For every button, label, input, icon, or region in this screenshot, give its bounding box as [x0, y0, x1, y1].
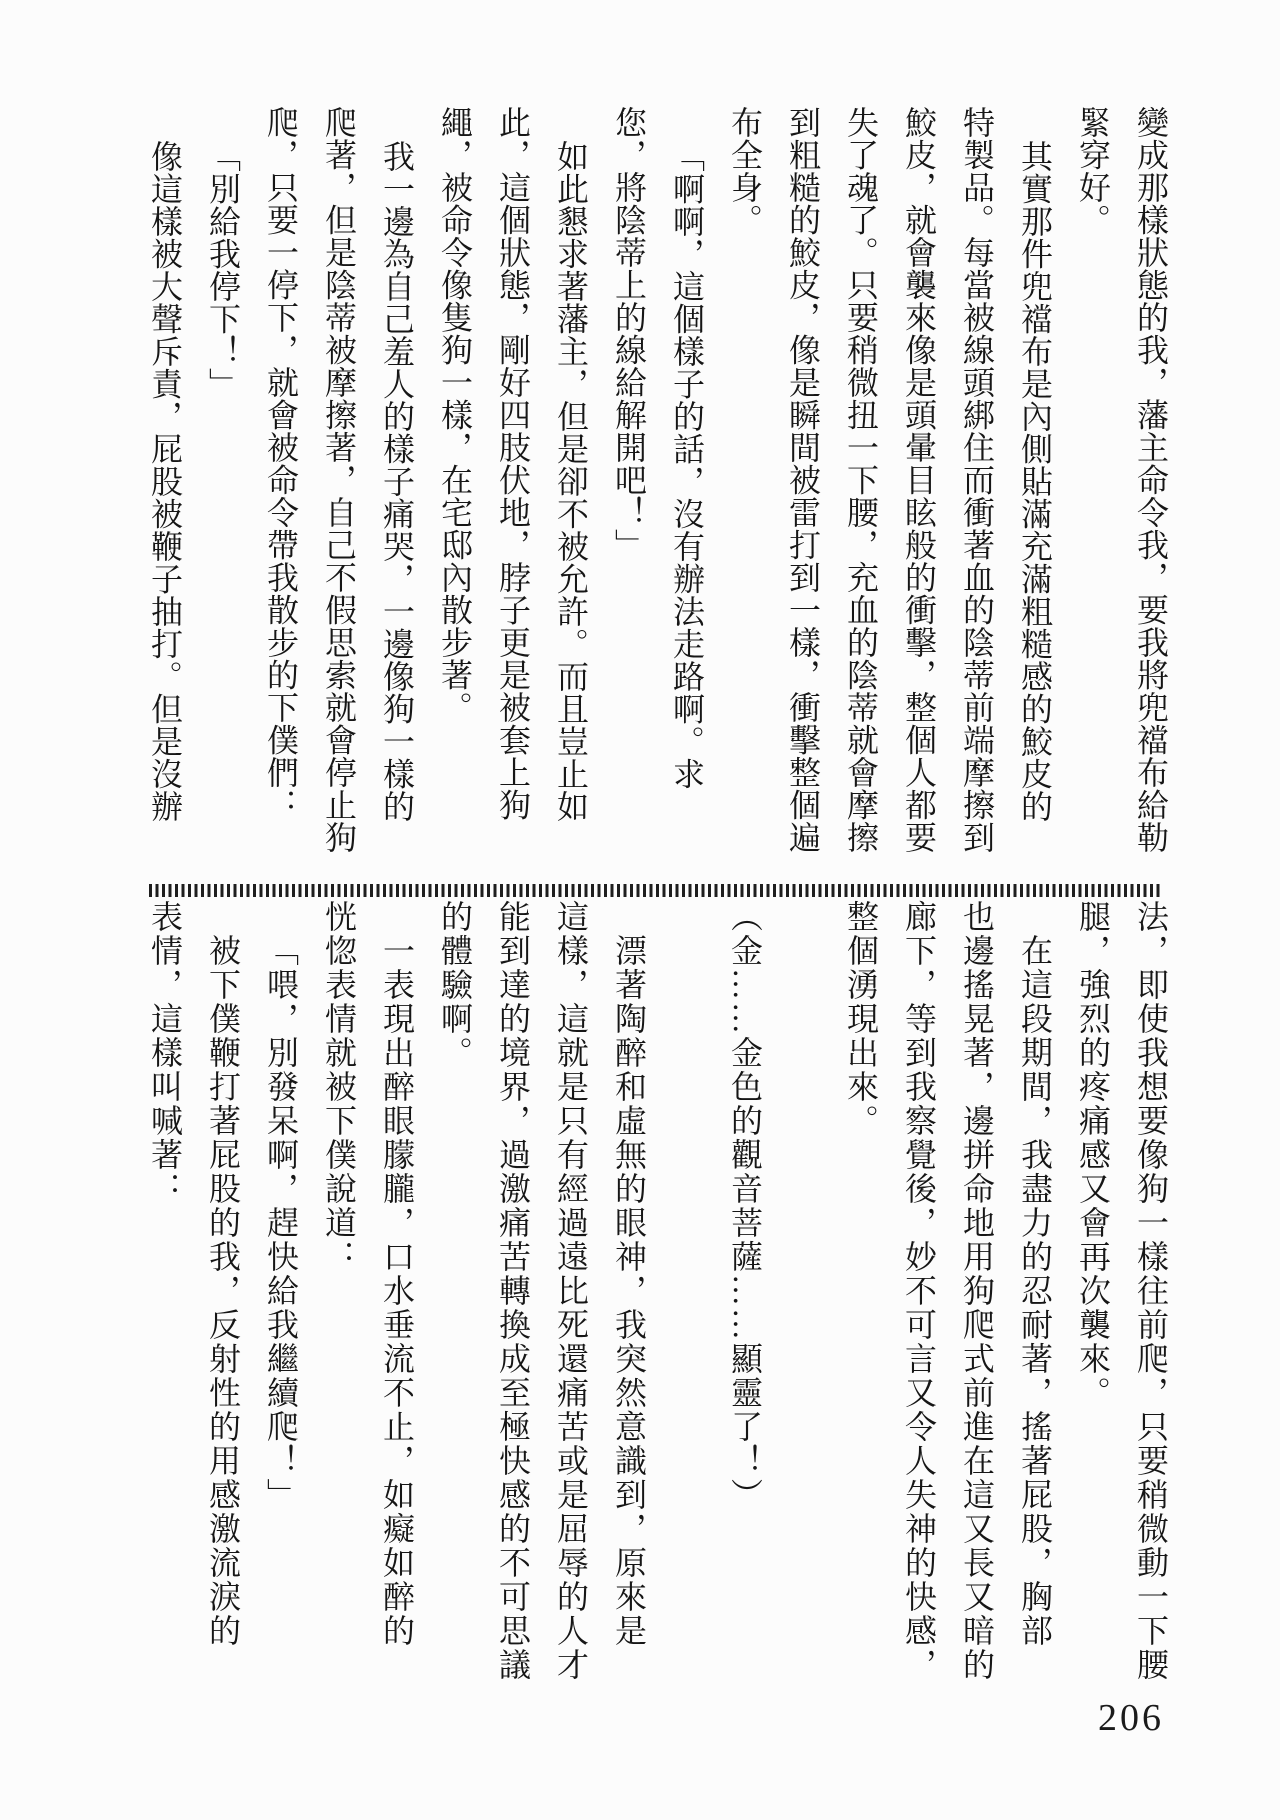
text-column: 被下僕鞭打著屁股的我，反射性的用感激流淚的 — [194, 900, 252, 1700]
text-column: 如此懇求著藩主，但是卻不被允許。而且豈止如 — [542, 106, 600, 874]
text-column: 廊下，等到我察覺後，妙不可言又令人失神的快感， — [890, 900, 948, 1700]
text-column: 這樣，這就是只有經過遠比死還痛苦或是屈辱的人才 — [542, 900, 600, 1700]
text-column: 繩，被命令像隻狗一樣，在宅邸內散步著。 — [426, 106, 484, 874]
text-column: 其實那件兜襠布是內側貼滿充滿粗糙感的鮫皮的 — [1006, 106, 1064, 874]
text-column: 布全身。 — [716, 106, 774, 874]
text-column: 我一邊為自己羞人的樣子痛哭，一邊像狗一樣的 — [368, 106, 426, 874]
page-number: 206 — [1098, 1696, 1164, 1740]
text-column: 爬，只要一停下，就會被命令帶我散步的下僕們： — [252, 106, 310, 874]
bottom-text-block: 法，即使我想要像狗一樣往前爬，只要稍微動一下腰 腿，強烈的疼痛感又會再次襲來。 … — [136, 900, 1180, 1700]
column-gap — [658, 900, 716, 1700]
text-column: 緊穿好。 — [1064, 106, 1122, 874]
text-column: 法，即使我想要像狗一樣往前爬，只要稍微動一下腰 — [1122, 900, 1180, 1700]
text-column: 的體驗啊。 — [426, 900, 484, 1700]
text-column: 此，這個狀態，剛好四肢伏地，脖子更是被套上狗 — [484, 106, 542, 874]
text-column: 特製品。每當被線頭綁住而衝著血的陰蒂前端摩擦到 — [948, 106, 1006, 874]
text-column: 「別給我停下！」 — [194, 106, 252, 874]
text-column: 恍惚表情就被下僕說道： — [310, 900, 368, 1700]
section-divider-rule — [149, 884, 1161, 897]
text-column: 失了魂了。只要稍微扭一下腰，充血的陰蒂就會摩擦 — [832, 106, 890, 874]
text-column: 變成那樣狀態的我，藩主命令我，要我將兜襠布給勒 — [1122, 106, 1180, 874]
text-column: 像這樣被大聲斥責，屁股被鞭子抽打。但是沒辦 — [136, 106, 194, 874]
text-column: 「喂，別發呆啊，趕快給我繼續爬！」 — [252, 900, 310, 1700]
top-text-block: 變成那樣狀態的我，藩主命令我，要我將兜襠布給勒 緊穿好。 其實那件兜襠布是內側貼… — [136, 106, 1180, 874]
text-column: 腿，強烈的疼痛感又會再次襲來。 — [1064, 900, 1122, 1700]
text-column: 表情，這樣叫喊著： — [136, 900, 194, 1700]
text-column: 爬著，但是陰蒂被摩擦著，自己不假思索就會停止狗 — [310, 106, 368, 874]
text-column: 一表現出醉眼朦朧，口水垂流不止，如癡如醉的 — [368, 900, 426, 1700]
column-gap — [774, 900, 832, 1700]
text-column: 在這段期間，我盡力的忍耐著，搖著屁股，胸部 — [1006, 900, 1064, 1700]
text-column: （金……金色的觀音菩薩……顯靈了！） — [716, 900, 774, 1700]
text-column: 「啊啊，這個樣子的話，沒有辦法走路啊。求 — [658, 106, 716, 874]
text-column: 鮫皮，就會襲來像是頭暈目眩般的衝擊，整個人都要 — [890, 106, 948, 874]
text-column: 整個湧現出來。 — [832, 900, 890, 1700]
text-column: 能到達的境界，過激痛苦轉換成至極快感的不可思議 — [484, 900, 542, 1700]
text-column: 也邊搖晃著，邊拼命地用狗爬式前進在這又長又暗的 — [948, 900, 1006, 1700]
text-column: 到粗糙的鮫皮，像是瞬間被雷打到一樣，衝擊整個遍 — [774, 106, 832, 874]
text-column: 您，將陰蒂上的線給解開吧！」 — [600, 106, 658, 874]
text-column: 漂著陶醉和虛無的眼神，我突然意識到，原來是 — [600, 900, 658, 1700]
book-page: { "colors": { "paper": "#fcfcfc", "ink":… — [0, 0, 1280, 1820]
